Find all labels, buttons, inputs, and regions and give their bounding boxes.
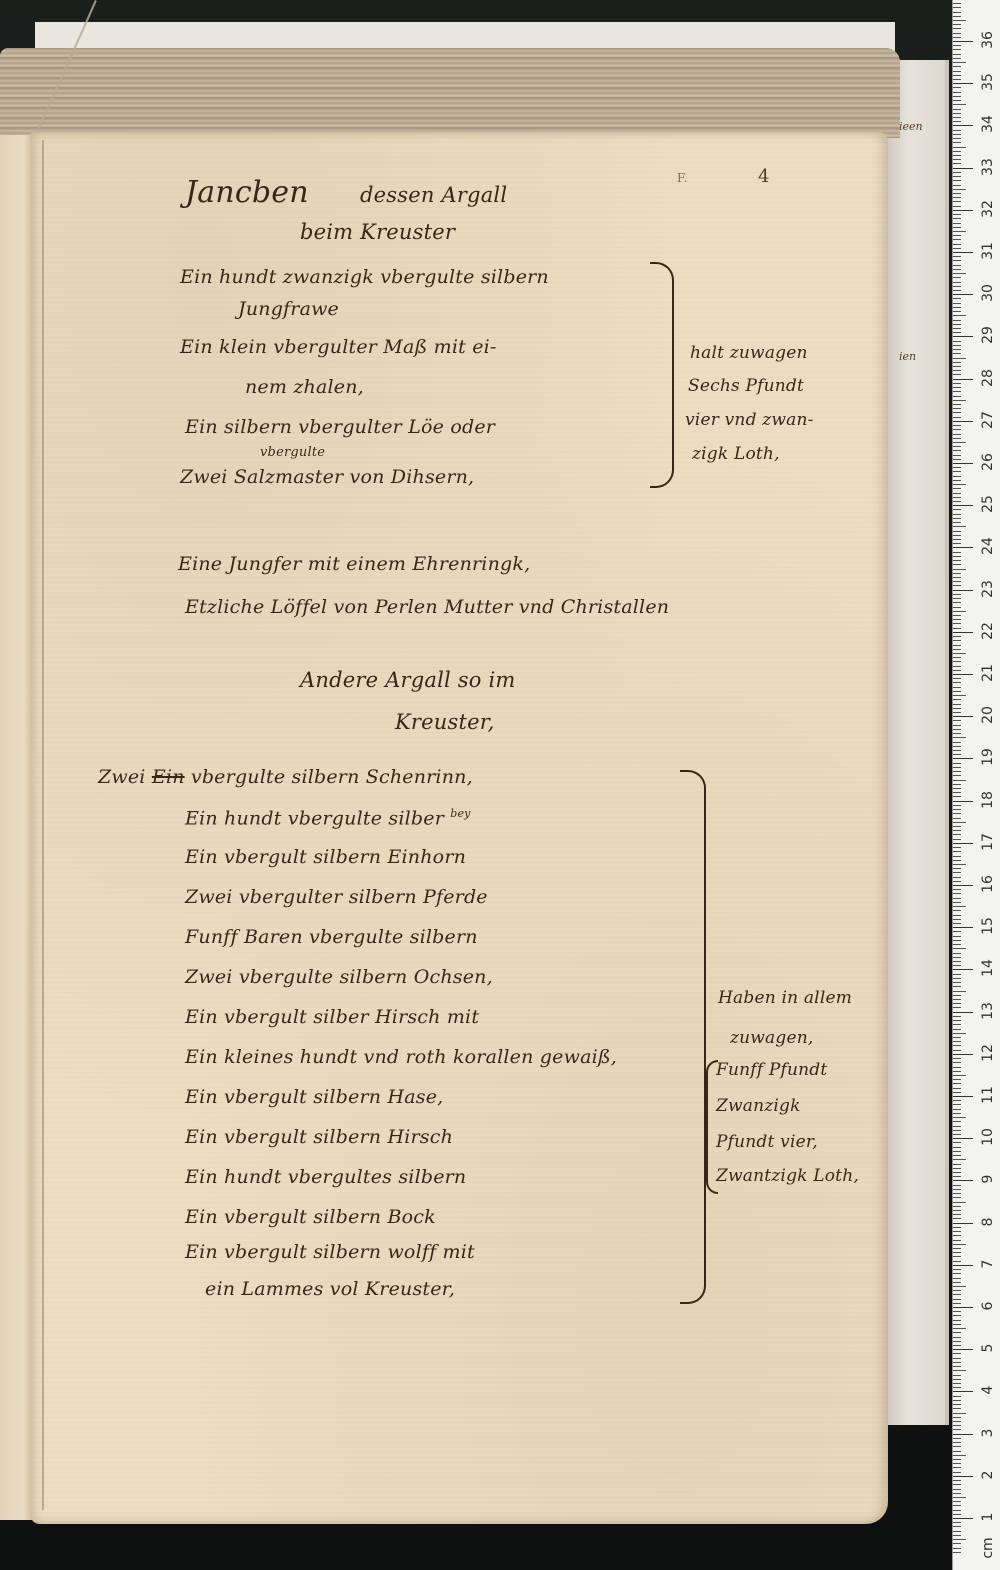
- entry-line: Ein vbergult silbern Einhorn: [185, 848, 466, 867]
- ruler-label: 21: [980, 662, 996, 684]
- ruler-tick: [953, 273, 966, 274]
- ruler-tick: [953, 1455, 966, 1456]
- ruler-tick: [953, 1337, 961, 1338]
- ruler-label: 27: [980, 409, 996, 431]
- ruler-tick: [953, 282, 961, 283]
- ruler-tick: [953, 1159, 966, 1160]
- centimeter-ruler: cm 1234567891011121314151617181920212223…: [952, 0, 1000, 1570]
- interlinear-insertion: bey: [450, 807, 470, 820]
- ruler-tick: [953, 24, 961, 25]
- ruler-tick: [953, 632, 973, 633]
- ruler-tick: [953, 315, 966, 316]
- ruler-tick: [953, 1425, 961, 1426]
- ruler-tick: [953, 1218, 961, 1219]
- ruler-tick: [953, 1197, 961, 1198]
- ruler-tick: [953, 1092, 961, 1093]
- bracket-section-3: [680, 770, 706, 1304]
- ruler-tick: [953, 1375, 961, 1376]
- ruler-tick: [953, 176, 961, 177]
- ruler-tick: [953, 737, 966, 738]
- ruler-tick: [953, 467, 961, 468]
- ruler-tick: [953, 214, 961, 215]
- ruler-tick: [953, 1341, 961, 1342]
- ruler-tick: [953, 1235, 961, 1236]
- ruler-tick: [953, 898, 961, 899]
- ruler-tick: [953, 1332, 961, 1333]
- ruler-tick: [953, 729, 961, 730]
- ruler-tick: [953, 674, 973, 675]
- ruler-tick: [953, 526, 966, 527]
- ruler-tick: [953, 134, 961, 135]
- ruler-tick: [953, 358, 966, 359]
- ruler-tick: [953, 1400, 961, 1401]
- ruler-label: 9: [980, 1168, 996, 1190]
- ruler-tick: [953, 260, 961, 261]
- ruler-tick: [953, 193, 961, 194]
- entry-line: Etzliche Löffel von Perlen Mutter vnd Ch…: [185, 598, 669, 617]
- section-heading-line2: Kreuster,: [395, 712, 495, 733]
- ruler-label: 23: [980, 578, 996, 600]
- ruler-tick: [953, 881, 961, 882]
- ruler-tick: [953, 535, 961, 536]
- ruler-tick: [953, 1383, 961, 1384]
- ruler-tick: [953, 936, 961, 937]
- ruler-tick: [953, 1489, 961, 1490]
- ruler-tick: [953, 969, 973, 970]
- ruler-tick: [953, 12, 961, 13]
- ruler-tick: [953, 66, 961, 67]
- ruler-tick: [953, 885, 973, 886]
- ruler-tick: [953, 463, 973, 464]
- ruler-unit-label: cm: [980, 1537, 996, 1559]
- ruler-tick: [953, 1130, 961, 1131]
- ruler-tick: [953, 636, 961, 637]
- ruler-tick: [953, 307, 961, 308]
- ruler-tick: [953, 780, 966, 781]
- ruler-tick: [953, 1227, 961, 1228]
- ruler-tick: [953, 1543, 961, 1544]
- ruler-tick: [953, 1180, 973, 1181]
- ruler-tick: [953, 1429, 961, 1430]
- ruler-tick: [953, 1151, 961, 1152]
- ruler-tick: [953, 206, 961, 207]
- ruler-tick: [953, 1446, 961, 1447]
- ruler-tick: [953, 877, 961, 878]
- ruler-tick: [953, 1396, 961, 1397]
- heading-line2: beim Kreuster: [300, 222, 455, 243]
- ruler-tick: [953, 100, 961, 101]
- ruler-tick: [953, 754, 961, 755]
- ruler-label: 4: [980, 1379, 996, 1401]
- ruler-tick: [953, 564, 961, 565]
- entry-line: Jungfrawe: [238, 300, 339, 319]
- ruler-tick: [953, 581, 961, 582]
- entry-line: Ein kleines hundt vnd roth korallen gewa…: [185, 1048, 617, 1067]
- ruler-tick: [953, 1100, 961, 1101]
- entry-line: Ein vbergult silbern Hase,: [185, 1088, 443, 1107]
- ruler-tick: [953, 41, 973, 42]
- ruler-tick: [953, 1121, 961, 1122]
- ruler-tick: [953, 1134, 961, 1135]
- ruler-tick: [953, 585, 961, 586]
- ruler-tick: [953, 1113, 961, 1114]
- ruler-tick: [953, 653, 966, 654]
- margin-note-line: Zwanzigk: [716, 1098, 801, 1115]
- ruler-tick: [953, 742, 961, 743]
- ruler-tick: [953, 1434, 973, 1435]
- ruler-tick: [953, 1033, 966, 1034]
- ruler-tick: [953, 1202, 966, 1203]
- ruler-tick: [953, 311, 961, 312]
- ruler-tick: [953, 860, 961, 861]
- ruler-tick: [953, 628, 961, 629]
- ruler-tick: [953, 1349, 973, 1350]
- ruler-tick: [953, 54, 961, 55]
- ruler-tick: [953, 37, 961, 38]
- ruler-tick: [953, 104, 966, 105]
- ruler-tick: [953, 172, 961, 173]
- ruler-tick: [953, 834, 961, 835]
- ruler-tick: [953, 919, 961, 920]
- entry-line: Funff Baren vbergulte silbern: [185, 928, 478, 947]
- ruler-tick: [953, 218, 961, 219]
- ruler-tick: [953, 269, 961, 270]
- ruler-tick: [953, 915, 961, 916]
- ruler-tick: [953, 256, 961, 257]
- ruler-tick: [953, 695, 966, 696]
- ruler-label: 26: [980, 451, 996, 473]
- ruler-tick: [953, 210, 973, 211]
- ruler-tick: [953, 1514, 961, 1515]
- heading-lead-word: Jancben: [185, 178, 309, 208]
- archive-stamp: F.: [677, 172, 688, 184]
- ruler-tick: [953, 1193, 961, 1194]
- ruler-tick: [953, 1083, 961, 1084]
- ruler-tick: [953, 615, 961, 616]
- entry-line: Ein vbergult silbern wolff mit: [185, 1243, 475, 1262]
- ruler-tick: [953, 294, 973, 295]
- ruler-tick: [953, 1007, 961, 1008]
- ruler-tick: [953, 809, 961, 810]
- ruler-tick: [953, 1155, 961, 1156]
- slip-fragment: ieen: [899, 120, 923, 133]
- ruler-tick: [953, 982, 961, 983]
- ruler-tick: [953, 1096, 973, 1097]
- book-text-block-edge: [0, 48, 900, 138]
- ruler-tick: [953, 940, 961, 941]
- ruler-tick: [953, 1256, 961, 1257]
- ruler-tick: [953, 113, 961, 114]
- ruler-tick: [953, 366, 961, 367]
- margin-note-line: Funff Pfundt: [716, 1062, 827, 1079]
- ruler-label: 3: [980, 1422, 996, 1444]
- ruler-label: 24: [980, 535, 996, 557]
- ruler-tick: [953, 429, 961, 430]
- ruler-tick: [953, 839, 961, 840]
- ruler-tick: [953, 1045, 961, 1046]
- ruler-tick: [953, 623, 961, 624]
- ruler-tick: [953, 889, 961, 890]
- ruler-tick: [953, 370, 961, 371]
- ruler-tick: [953, 1290, 961, 1291]
- ruler-tick: [953, 1320, 961, 1321]
- ruler-tick: [953, 1294, 961, 1295]
- ruler-tick: [953, 771, 961, 772]
- ruler-tick: [953, 404, 961, 405]
- ruler-tick: [953, 227, 961, 228]
- ruler-tick: [953, 1231, 961, 1232]
- ruler-tick: [953, 1307, 973, 1308]
- ruler-tick: [953, 598, 961, 599]
- ruler-tick: [953, 678, 961, 679]
- ruler-tick: [953, 417, 961, 418]
- ruler-tick: [953, 197, 961, 198]
- ruler-tick: [953, 851, 961, 852]
- ruler-tick: [953, 509, 961, 510]
- entry-interlinear: vbergulte: [260, 446, 325, 459]
- ruler-tick: [953, 1408, 961, 1409]
- margin-note-line: vier vnd zwan-: [685, 412, 814, 429]
- struck-word: Ein: [152, 766, 185, 788]
- ruler-tick: [953, 1480, 961, 1481]
- ruler-tick: [953, 362, 961, 363]
- ruler-label: 36: [980, 29, 996, 51]
- ruler-label: 2: [980, 1464, 996, 1486]
- ruler-tick: [953, 1248, 961, 1249]
- ruler-tick: [953, 1417, 961, 1418]
- ruler-tick: [953, 1088, 961, 1089]
- ruler-tick: [953, 531, 961, 532]
- folio-number: 4: [758, 168, 770, 186]
- ruler-tick: [953, 1548, 961, 1549]
- ruler-tick: [953, 1493, 961, 1494]
- ruler-tick: [953, 543, 961, 544]
- ruler-tick: [953, 396, 961, 397]
- ruler-tick: [953, 147, 966, 148]
- ruler-tick: [953, 493, 961, 494]
- ruler-tick: [953, 843, 973, 844]
- ruler-tick: [953, 159, 961, 160]
- bracket-section-1: [650, 262, 674, 488]
- ruler-tick: [953, 1535, 961, 1536]
- ruler-tick: [953, 1168, 961, 1169]
- margin-note-line: Haben in allem: [718, 990, 852, 1007]
- ruler-tick: [953, 244, 961, 245]
- ruler-tick: [953, 1286, 966, 1287]
- ruler-label: 33: [980, 156, 996, 178]
- ruler-tick: [953, 720, 961, 721]
- ruler-tick: [953, 1261, 961, 1262]
- ruler-tick: [953, 341, 961, 342]
- ruler-label: 7: [980, 1253, 996, 1275]
- ruler-label: 8: [980, 1211, 996, 1233]
- ruler-tick: [953, 1315, 961, 1316]
- entry-line: Ein vbergult silber Hirsch mit: [185, 1008, 479, 1027]
- ruler-tick: [953, 758, 973, 759]
- ruler-tick: [953, 125, 973, 126]
- ruler-tick: [953, 1324, 961, 1325]
- ruler-label: 14: [980, 957, 996, 979]
- ruler-tick: [953, 611, 966, 612]
- ruler-label: 28: [980, 367, 996, 389]
- ruler-tick: [953, 1265, 973, 1266]
- ruler-tick: [953, 484, 966, 485]
- ruler-tick: [953, 906, 966, 907]
- ruler-tick: [953, 552, 961, 553]
- ruler-tick: [953, 1240, 961, 1241]
- ruler-tick: [953, 577, 961, 578]
- ruler-tick: [953, 657, 961, 658]
- ruler-label: 31: [980, 240, 996, 262]
- ruler-tick: [953, 978, 961, 979]
- ruler-tick: [953, 1012, 973, 1013]
- ruler-tick: [953, 522, 961, 523]
- ruler-tick: [953, 1269, 961, 1270]
- ruler-tick: [953, 438, 961, 439]
- ruler-tick: [953, 231, 966, 232]
- ruler-tick: [953, 130, 961, 131]
- ruler-tick: [953, 45, 961, 46]
- section-heading-line1: Andere Argall so im: [300, 670, 516, 691]
- ruler-tick: [953, 763, 961, 764]
- ruler-tick: [953, 931, 961, 932]
- ruler-tick: [953, 974, 961, 975]
- ruler-tick: [953, 1539, 966, 1540]
- ruler-tick: [953, 201, 961, 202]
- entry-line: Ein hundt zwanzigk vbergulte silbern: [180, 268, 549, 287]
- ruler-tick: [953, 868, 961, 869]
- ruler-tick: [953, 412, 961, 413]
- ruler-tick: [953, 999, 961, 1000]
- ruler-tick: [953, 1273, 961, 1274]
- ruler-tick: [953, 1467, 961, 1468]
- ruler-tick: [953, 71, 961, 72]
- ruler-tick: [953, 252, 973, 253]
- ruler-tick: [953, 75, 961, 76]
- ruler-tick: [953, 818, 961, 819]
- ruler-tick: [953, 1505, 961, 1506]
- entry-line: ein Lammes vol Kreuster,: [205, 1280, 455, 1299]
- ruler-tick: [953, 1138, 973, 1139]
- ruler-label: 35: [980, 71, 996, 93]
- ruler-tick: [953, 185, 961, 186]
- ruler-tick: [953, 1526, 961, 1527]
- ruler-tick: [953, 547, 973, 548]
- ruler-tick: [953, 569, 966, 570]
- ruler-tick: [953, 290, 961, 291]
- entry-line: nem zhalen,: [245, 378, 364, 397]
- ruler-tick: [953, 948, 966, 949]
- ruler-tick: [953, 1147, 961, 1148]
- ruler-label: 13: [980, 1000, 996, 1022]
- ruler-tick: [953, 1126, 961, 1127]
- ruler-tick: [953, 488, 961, 489]
- ruler-tick: [953, 1353, 961, 1354]
- ruler-tick: [953, 1041, 961, 1042]
- ruler-tick: [953, 995, 961, 996]
- ruler-tick: [953, 265, 961, 266]
- ruler-tick: [953, 539, 961, 540]
- ruler-tick: [953, 775, 961, 776]
- ruler-tick: [953, 117, 961, 118]
- entry-line: Zwei Ein vbergulte silbern Schenrinn,: [98, 768, 473, 787]
- ruler-tick: [953, 1003, 961, 1004]
- ruler-tick: [953, 1189, 961, 1190]
- facing-page-sliver: [0, 135, 34, 1520]
- ruler-tick: [953, 893, 961, 894]
- ruler-tick: [953, 784, 961, 785]
- heading-line1: dessen Argall: [360, 185, 507, 206]
- ruler-tick: [953, 1463, 961, 1464]
- ruler-tick: [953, 965, 961, 966]
- ruler-tick: [953, 944, 961, 945]
- ruler-tick: [953, 96, 961, 97]
- margin-note-line: halt zuwagen: [690, 345, 808, 362]
- ruler-tick: [953, 442, 966, 443]
- ruler-tick: [953, 1062, 961, 1063]
- ruler-tick: [953, 1176, 961, 1177]
- ruler-tick: [953, 556, 961, 557]
- ruler-tick: [953, 792, 961, 793]
- ruler-tick: [953, 1037, 961, 1038]
- ruler-tick: [953, 670, 961, 671]
- entry-line: Zwei vbergulte silbern Ochsen,: [185, 968, 493, 987]
- ruler-tick: [953, 910, 961, 911]
- ruler-tick: [953, 142, 961, 143]
- ruler-tick: [953, 1404, 961, 1405]
- ruler-tick: [953, 387, 961, 388]
- ruler-label: 25: [980, 493, 996, 515]
- ruler-tick: [953, 991, 966, 992]
- ruler-tick: [953, 1164, 961, 1165]
- ruler-tick: [953, 1104, 961, 1105]
- ruler-tick: [953, 3, 961, 4]
- ruler-tick: [953, 1510, 961, 1511]
- ruler-tick: [953, 767, 961, 768]
- ruler-tick: [953, 180, 961, 181]
- ruler-tick: [953, 1223, 973, 1224]
- ruler-tick: [953, 151, 961, 152]
- ruler-tick: [953, 20, 966, 21]
- ruler-tick: [953, 28, 961, 29]
- ruler-tick: [953, 1328, 966, 1329]
- inserted-side-slip: ieen ien: [885, 60, 949, 1425]
- ruler-label: 1: [980, 1506, 996, 1528]
- ruler-tick: [953, 391, 961, 392]
- ruler-tick: [953, 590, 973, 591]
- slip-fragment: ien: [899, 350, 916, 363]
- ruler-tick: [953, 163, 961, 164]
- entry-line: Zwei Salzmaster von Dihsern,: [180, 468, 474, 487]
- ruler-tick: [953, 33, 961, 34]
- ruler-tick: [953, 1518, 973, 1519]
- gutter-fold: [42, 140, 44, 1510]
- ruler-label: 30: [980, 282, 996, 304]
- ruler-label: 32: [980, 198, 996, 220]
- ruler-tick: [953, 872, 961, 873]
- ruler-tick: [953, 1552, 961, 1553]
- ruler-tick: [953, 788, 961, 789]
- ruler-tick: [953, 1413, 966, 1414]
- margin-note-line: Zwantzigk Loth,: [716, 1168, 859, 1185]
- ruler-tick: [953, 602, 961, 603]
- ruler-tick: [953, 1109, 961, 1110]
- entry-line: Ein hundt vbergulte silber bey: [185, 808, 471, 828]
- ruler-tick: [953, 1472, 961, 1473]
- ruler-tick: [953, 1442, 961, 1443]
- ruler-tick: [953, 189, 966, 190]
- ruler-label: 29: [980, 324, 996, 346]
